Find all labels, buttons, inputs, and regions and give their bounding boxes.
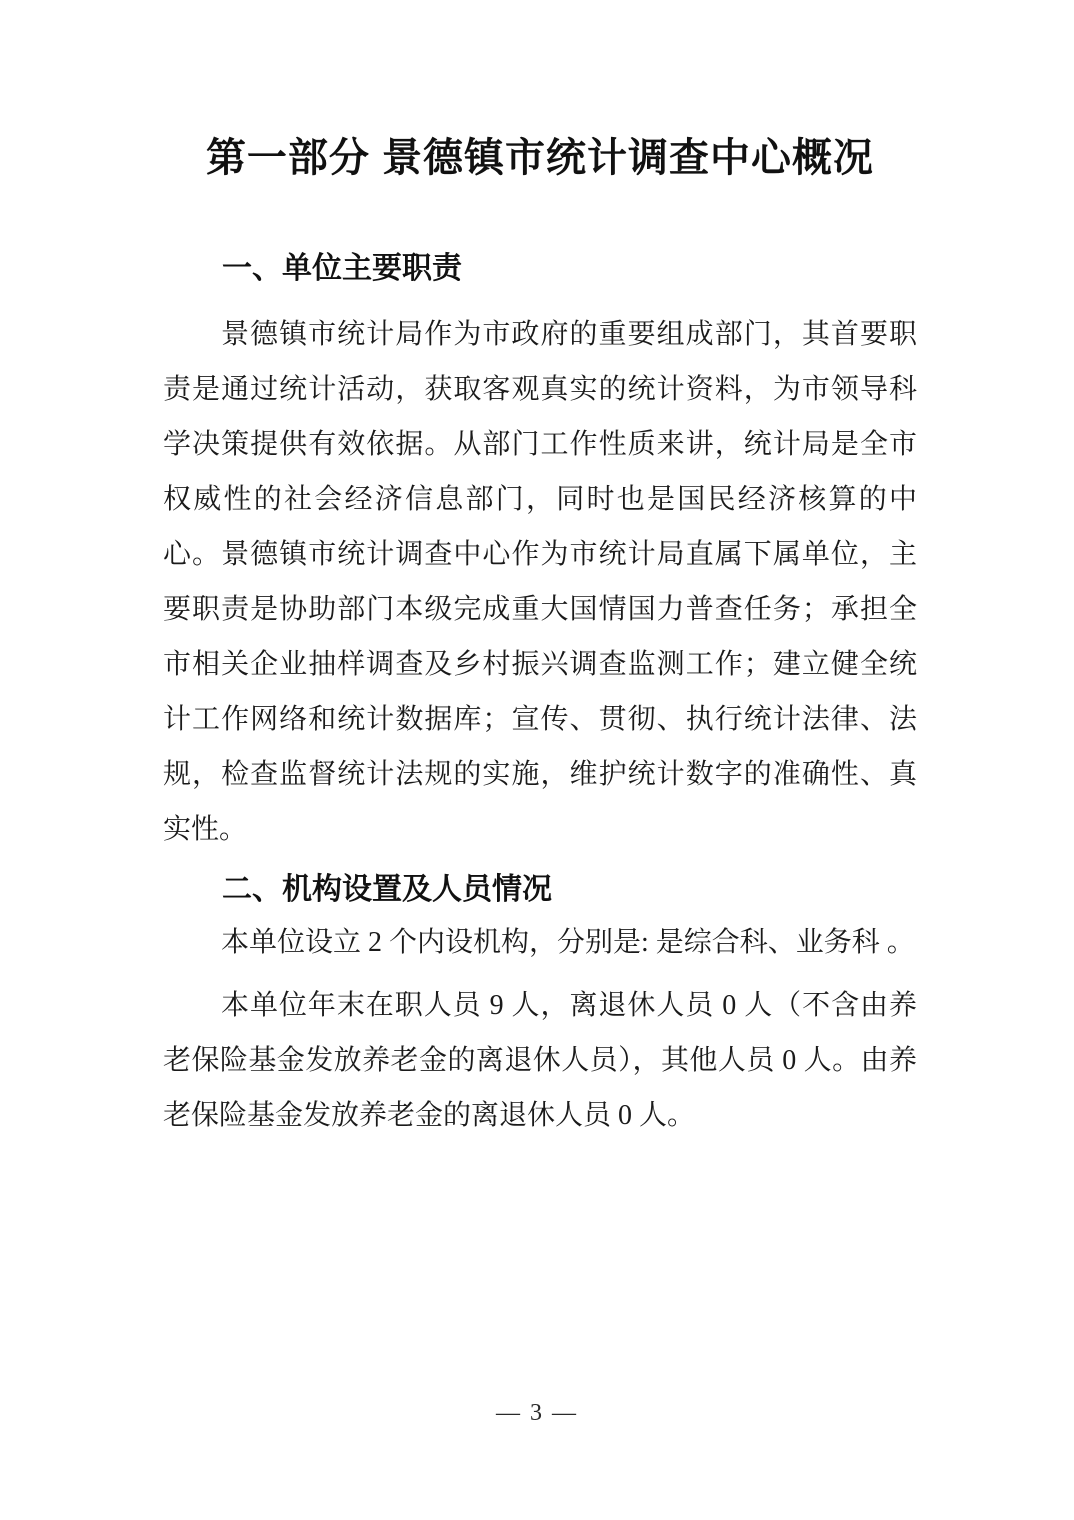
section-1-heading: 一、单位主要职责 (163, 248, 917, 290)
document-page: 第一部分 景德镇市统计调查中心概况 一、单位主要职责 景德镇市统计局作为市政府的… (0, 0, 1074, 1520)
document-title: 第一部分 景德镇市统计调查中心概况 (163, 130, 917, 186)
section-1-paragraph: 景德镇市统计局作为市政府的重要组成部门，其首要职责是通过统计活动，获取客观真实的… (163, 307, 917, 857)
section-unit-duties: 一、单位主要职责 景德镇市统计局作为市政府的重要组成部门，其首要职责是通过统计活… (163, 248, 917, 857)
section-2-heading: 二、机构设置及人员情况 (163, 869, 917, 911)
section-2-paragraph-2: 本单位年末在职人员 9 人，离退休人员 0 人（不含由养老保险基金发放养老金的离… (163, 978, 917, 1143)
page-number: — 3 — (0, 1400, 1074, 1427)
section-2-paragraph-1: 本单位设立 2 个内设机构，分别是: 是综合科、业务科 。 (163, 915, 917, 970)
section-org-personnel: 二、机构设置及人员情况 本单位设立 2 个内设机构，分别是: 是综合科、业务科 … (163, 869, 917, 1143)
